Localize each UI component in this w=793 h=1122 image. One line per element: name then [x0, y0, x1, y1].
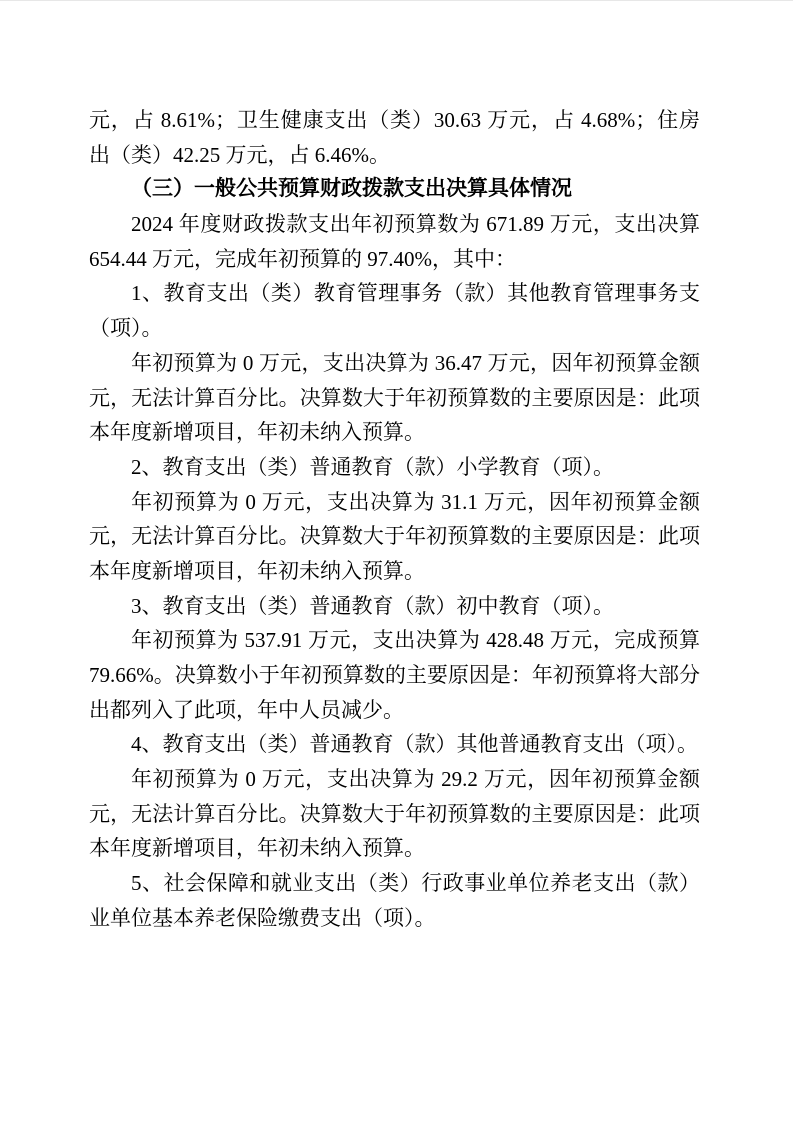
document-page: 元，占 8.61%；卫生健康支出（类）30.63 万元，占 4.68%；住房保障…	[0, 0, 793, 1122]
text-line: （项）。	[89, 311, 700, 346]
para-item3-title: 3、教育支出（类）普通教育（款）初中教育（项）。	[89, 589, 700, 624]
text-line: 业单位基本养老保险缴费支出（项）。	[89, 901, 700, 936]
text-line: 元，无法计算百分比。决算数大于年初预算数的主要原因是：此项支出为	[89, 797, 700, 832]
text-line: 79.66%。决算数小于年初预算数的主要原因是：年初预算将大部分项目支	[89, 658, 700, 693]
text-line: 5、社会保障和就业支出（类）行政事业单位养老支出（款）机关事	[89, 866, 700, 901]
para-carryover: 元，占 8.61%；卫生健康支出（类）30.63 万元，占 4.68%；住房保障…	[89, 103, 700, 172]
text-line: 年初预算为 0 万元，支出决算为 31.1 万元，因年初预算金额为 0 万	[89, 485, 700, 520]
para-item1-detail: 年初预算为 0 万元，支出决算为 36.47 万元，因年初预算金额为 0 万元，…	[89, 346, 700, 450]
para-summary: 2024 年度财政拨款支出年初预算数为 671.89 万元，支出决算数为654.…	[89, 207, 700, 276]
para-item2-detail: 年初预算为 0 万元，支出决算为 31.1 万元，因年初预算金额为 0 万元，无…	[89, 485, 700, 589]
text-line: 2、教育支出（类）普通教育（款）小学教育（项）。	[89, 450, 700, 485]
para-item2-title: 2、教育支出（类）普通教育（款）小学教育（项）。	[89, 450, 700, 485]
para-item4-detail: 年初预算为 0 万元，支出决算为 29.2 万元，因年初预算金额为 0 万元，无…	[89, 762, 700, 866]
text-line: 出都列入了此项，年中人员减少。	[89, 693, 700, 728]
text-line: 4、教育支出（类）普通教育（款）其他普通教育支出（项）。	[89, 727, 700, 762]
text-line: 年初预算为 537.91 万元，支出决算为 428.48 万元，完成预算的	[89, 623, 700, 658]
text-line: 年初预算为 0 万元，支出决算为 29.2 万元，因年初预算金额为 0 万	[89, 762, 700, 797]
text-line: 出（类）42.25 万元，占 6.46%。	[89, 138, 700, 173]
para-item3-detail: 年初预算为 537.91 万元，支出决算为 428.48 万元，完成预算的79.…	[89, 623, 700, 727]
text-line: 本年度新增项目，年初未纳入预算。	[89, 831, 700, 866]
para-item5-title: 5、社会保障和就业支出（类）行政事业单位养老支出（款）机关事业单位基本养老保险缴…	[89, 866, 700, 935]
text-line: 654.44 万元，完成年初预算的 97.40%，其中：	[89, 242, 700, 277]
para-item1-title: 1、教育支出（类）教育管理事务（款）其他教育管理事务支出（项）。	[89, 276, 700, 345]
text-line: 元，无法计算百分比。决算数大于年初预算数的主要原因是：此项支出为	[89, 381, 700, 416]
text-line: 元，占 8.61%；卫生健康支出（类）30.63 万元，占 4.68%；住房保障…	[89, 103, 700, 138]
document-body: 元，占 8.61%；卫生健康支出（类）30.63 万元，占 4.68%；住房保障…	[0, 1, 793, 936]
text-line: 本年度新增项目，年初未纳入预算。	[89, 415, 700, 450]
text-line: 元，无法计算百分比。决算数大于年初预算数的主要原因是：此项支出为	[89, 519, 700, 554]
text-line: 1、教育支出（类）教育管理事务（款）其他教育管理事务支出	[89, 276, 700, 311]
text-line: 年初预算为 0 万元，支出决算为 36.47 万元，因年初预算金额为 0 万	[89, 346, 700, 381]
para-item4-title: 4、教育支出（类）普通教育（款）其他普通教育支出（项）。	[89, 727, 700, 762]
text-line: （三）一般公共预算财政拨款支出决算具体情况	[89, 172, 700, 207]
text-line: 3、教育支出（类）普通教育（款）初中教育（项）。	[89, 589, 700, 624]
text-line: 本年度新增项目，年初未纳入预算。	[89, 554, 700, 589]
section-heading: （三）一般公共预算财政拨款支出决算具体情况	[89, 172, 700, 207]
text-line: 2024 年度财政拨款支出年初预算数为 671.89 万元，支出决算数为	[89, 207, 700, 242]
